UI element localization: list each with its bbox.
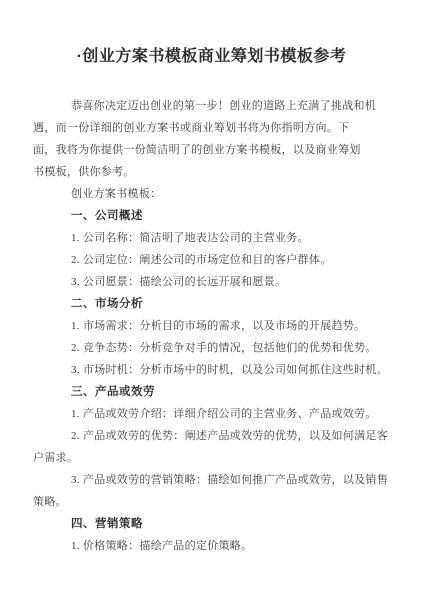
section-item: 1. 价格策略：描绘产品的定价策略。	[33, 535, 390, 557]
document-title: ·创业方案书模板商业筹划书模板参考	[33, 46, 390, 68]
document-content: ·创业方案书模板商业筹划书模板参考 恭喜你决定迈出创业的第一步！创业的道路上充满…	[0, 46, 424, 557]
section-heading: 一、公司概述	[33, 205, 390, 227]
section-market-analysis: 二、市场分析 1. 市场需求：分析目的市场的需求，以及市场的开展趋势。 2. 竞…	[33, 293, 390, 381]
section-item: 1. 公司名称：简洁明了地表达公司的主营业务。	[33, 227, 390, 249]
section-item: 2. 公司定位：阐述公司的市场定位和目的客户群体。	[33, 249, 390, 271]
section-company-overview: 一、公司概述 1. 公司名称：简洁明了地表达公司的主营业务。 2. 公司定位：阐…	[33, 205, 390, 293]
section-item: 2. 产品或效劳的优势：阐述产品或效劳的优势，以及如何满足客 户需求。	[33, 425, 390, 469]
section-product-service: 三、产品或效劳 1. 产品或效劳介绍：详细介绍公司的主营业务、产品或效劳。 2.…	[33, 381, 390, 513]
section-heading: 四、营销策略	[33, 513, 390, 535]
section-item: 2. 竞争态势：分析竞争对手的情况，包括他们的优势和优势。	[33, 337, 390, 359]
section-item: 1. 产品或效劳介绍：详细介绍公司的主营业务、产品或效劳。	[33, 403, 390, 425]
section-heading: 二、市场分析	[33, 293, 390, 315]
section-heading: 三、产品或效劳	[33, 381, 390, 403]
section-marketing-strategy: 四、营销策略 1. 价格策略：描绘产品的定价策略。	[33, 513, 390, 557]
section-item: 3. 公司愿景：描绘公司的长远开展和愿景。	[33, 271, 390, 293]
section-item: 1. 市场需求：分析目的市场的需求，以及市场的开展趋势。	[33, 315, 390, 337]
document-page: ·创业方案书模板商业筹划书模板参考 恭喜你决定迈出创业的第一步！创业的道路上充满…	[0, 0, 424, 600]
intro-paragraph: 恭喜你决定迈出创业的第一步！创业的道路上充满了挑战和机 遇，而一份详细的创业方案…	[33, 95, 390, 183]
section-item: 3. 市场时机：分析市场中的时机，以及公司如何抓住这些时机。	[33, 359, 390, 381]
template-label: 创业方案书模板：	[33, 183, 390, 205]
section-item: 3. 产品或效劳的营销策略：描绘如何推广产品或效劳，以及销售 策略。	[33, 469, 390, 513]
